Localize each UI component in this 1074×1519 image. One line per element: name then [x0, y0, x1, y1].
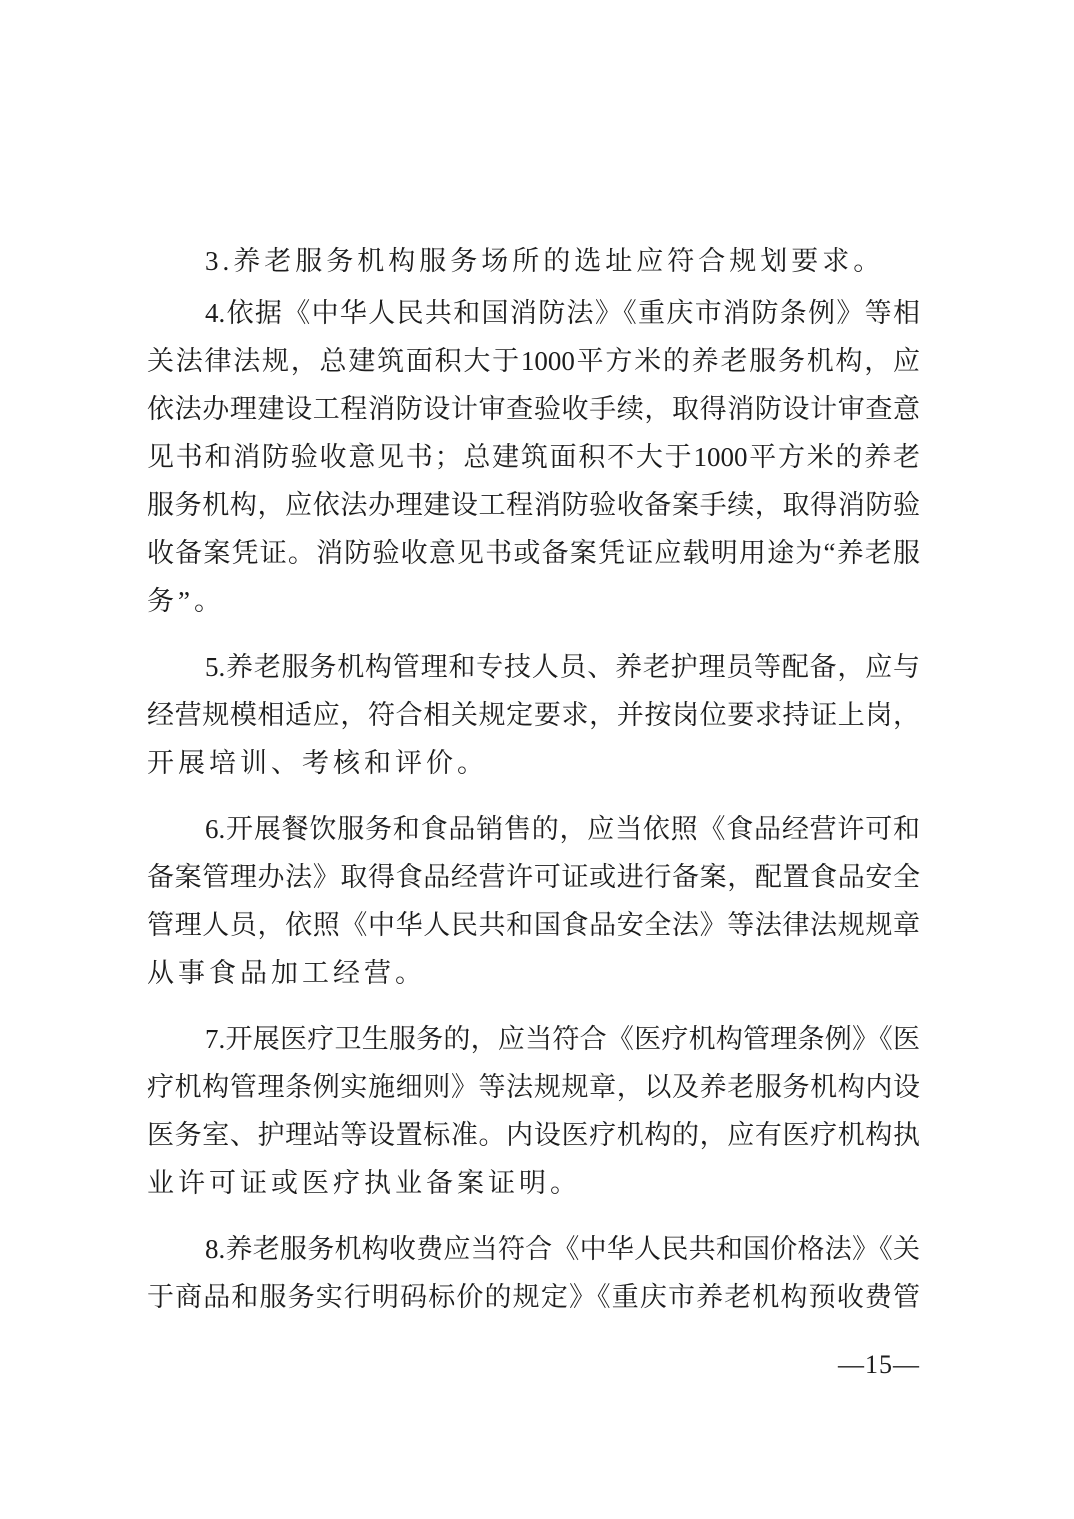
document-body: 3.养老服务机构服务场所的选址应符合规划要求。4.依据《中华人民共和国消防法》《… [147, 237, 920, 1321]
text-line: 5.养老服务机构管理和专技人员、养老护理员等配备，应与 [147, 643, 920, 691]
paragraph-item-6: 6.开展餐饮服务和食品销售的，应当依照《食品经营许可和备案管理办法》取得食品经营… [147, 805, 920, 997]
text-line: 务”。 [147, 577, 920, 625]
text-line: 医务室、护理站等设置标准。内设医疗机构的，应有医疗机构执 [147, 1111, 920, 1159]
page-number: —15— [838, 1345, 920, 1385]
text-line: 7.开展医疗卫生服务的，应当符合《医疗机构管理条例》《医 [147, 1015, 920, 1063]
text-line: 服务机构，应依法办理建设工程消防验收备案手续，取得消防验 [147, 481, 920, 529]
document-page: 3.养老服务机构服务场所的选址应符合规划要求。4.依据《中华人民共和国消防法》《… [0, 0, 1074, 1519]
text-line: 收备案凭证。消防验收意见书或备案凭证应载明用途为“养老服 [147, 529, 920, 577]
text-line: 于商品和服务实行明码标价的规定》《重庆市养老机构预收费管 [147, 1273, 920, 1321]
paragraph-item-7: 7.开展医疗卫生服务的，应当符合《医疗机构管理条例》《医疗机构管理条例实施细则》… [147, 1015, 920, 1207]
text-line: 3.养老服务机构服务场所的选址应符合规划要求。 [147, 237, 920, 285]
text-line: 6.开展餐饮服务和食品销售的，应当依照《食品经营许可和 [147, 805, 920, 853]
paragraph-item-4: 4.依据《中华人民共和国消防法》《重庆市消防条例》等相关法律法规，总建筑面积大于… [147, 289, 920, 625]
paragraph-item-3: 3.养老服务机构服务场所的选址应符合规划要求。 [147, 237, 920, 285]
text-line: 8.养老服务机构收费应当符合《中华人民共和国价格法》《关 [147, 1225, 920, 1273]
text-line: 疗机构管理条例实施细则》等法规规章，以及养老服务机构内设 [147, 1063, 920, 1111]
text-line: 业许可证或医疗执业备案证明。 [147, 1159, 920, 1207]
paragraph-item-5: 5.养老服务机构管理和专技人员、养老护理员等配备，应与经营规模相适应，符合相关规… [147, 643, 920, 787]
text-line: 管理人员，依照《中华人民共和国食品安全法》等法律法规规章 [147, 901, 920, 949]
text-line: 见书和消防验收意见书；总建筑面积不大于1000平方米的养老 [147, 433, 920, 481]
paragraph-item-8: 8.养老服务机构收费应当符合《中华人民共和国价格法》《关于商品和服务实行明码标价… [147, 1225, 920, 1321]
text-line: 经营规模相适应，符合相关规定要求，并按岗位要求持证上岗， [147, 691, 920, 739]
text-line: 开展培训、考核和评价。 [147, 739, 920, 787]
text-line: 关法律法规，总建筑面积大于1000平方米的养老服务机构，应 [147, 337, 920, 385]
text-line: 依法办理建设工程消防设计审查验收手续，取得消防设计审查意 [147, 385, 920, 433]
text-line: 4.依据《中华人民共和国消防法》《重庆市消防条例》等相 [147, 289, 920, 337]
text-line: 从事食品加工经营。 [147, 949, 920, 997]
text-line: 备案管理办法》取得食品经营许可证或进行备案，配置食品安全 [147, 853, 920, 901]
